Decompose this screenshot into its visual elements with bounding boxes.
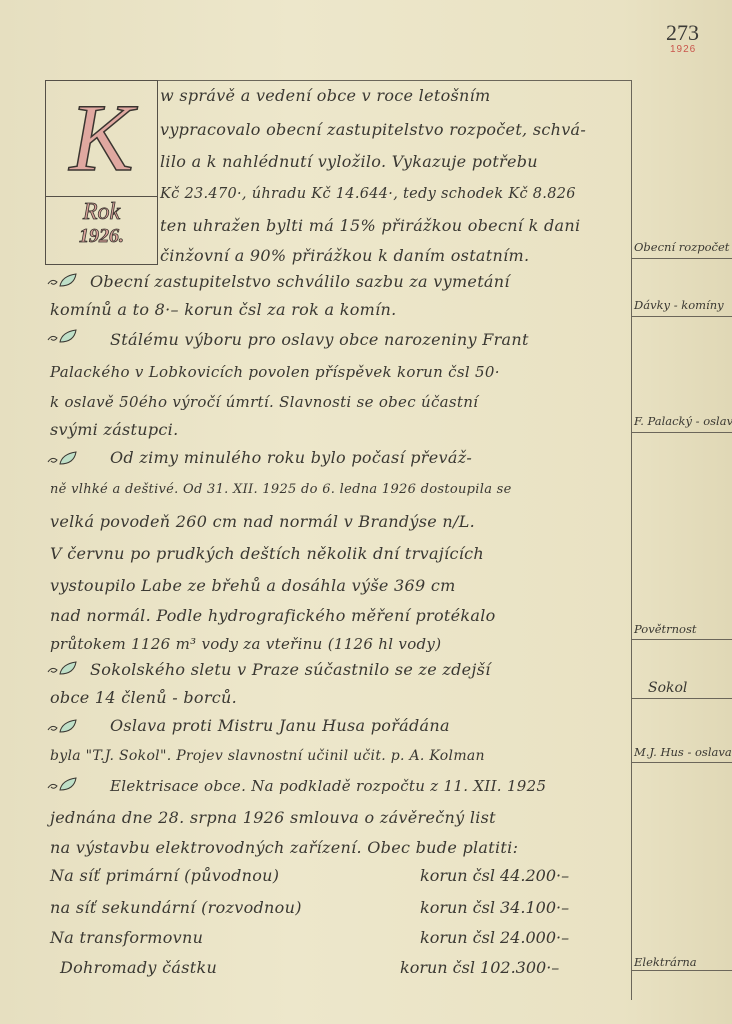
text-line: obce 14 členů - borců. bbox=[50, 688, 237, 708]
text-line: Obecní zastupitelstvo schválilo sazbu za… bbox=[90, 272, 510, 292]
text-line: průtokem 1126 m³ vody za vteřinu (1126 h… bbox=[50, 634, 441, 654]
margin-note-hus: M.J. Hus - oslava bbox=[634, 745, 732, 759]
margin-rule bbox=[632, 258, 732, 259]
year-label: Rok bbox=[46, 199, 157, 225]
margin-rule bbox=[632, 432, 732, 433]
leaf-ornament-icon bbox=[46, 450, 80, 470]
text-line: k oslavě 50ého výročí úmrtí. Slavnosti s… bbox=[50, 392, 478, 412]
margin-note-chimneys: Dávky - komíny bbox=[634, 298, 732, 312]
text-line: na výstavbu elektrovodných zařízení. Obe… bbox=[50, 838, 518, 858]
text-line: Od zimy minulého roku bylo počasí převáž… bbox=[110, 448, 472, 468]
text-line: činžovní a 90% přirážkou k daním ostatní… bbox=[160, 246, 529, 266]
text-line: ten uhražen bylti má 15% přirážkou obecn… bbox=[160, 216, 580, 236]
text-line: komínů a to 8·– korun čsl za rok a komín… bbox=[50, 300, 397, 320]
text-line: vypracovalo obecní zastupitelstvo rozpoč… bbox=[160, 120, 586, 140]
margin-note-weather: Povětrnost bbox=[634, 622, 732, 636]
margin-note-electricity: Elektrárna bbox=[634, 955, 732, 969]
text-line: Sokolského sletu v Praze súčastnilo se z… bbox=[90, 660, 491, 680]
decorated-initial: K bbox=[46, 83, 157, 193]
text-line: Elektrisace obce. Na podkladě rozpočtu z… bbox=[110, 776, 546, 796]
initial-box: K Rok 1926. bbox=[45, 80, 158, 265]
margin-rule bbox=[632, 762, 732, 763]
leaf-ornament-icon bbox=[46, 718, 80, 738]
leaf-ornament-icon bbox=[46, 328, 80, 348]
margin-note-budget: Obecní rozpočet bbox=[634, 240, 732, 254]
text-line: Stálému výboru pro oslavy obce narozenin… bbox=[110, 330, 529, 350]
text-line: Na síť primární (původnou) bbox=[50, 866, 279, 886]
margin-rule-vertical bbox=[631, 80, 632, 1000]
margin-rule bbox=[632, 639, 732, 640]
text-line: w správě a vedení obce v roce letošním bbox=[160, 86, 491, 106]
text-line: Oslava proti Mistru Janu Husa pořádána bbox=[110, 716, 450, 736]
leaf-ornament-icon bbox=[46, 776, 80, 796]
text-line: velká povodeň 260 cm nad normál v Brandý… bbox=[50, 512, 475, 532]
margin-rule bbox=[632, 970, 732, 971]
year-value: 1926. bbox=[46, 225, 157, 247]
amount-secondary-network: korun čsl 34.100·– bbox=[420, 898, 569, 917]
margin-rule bbox=[632, 316, 732, 317]
leaf-ornament-icon bbox=[46, 272, 80, 292]
initial-box-divider bbox=[46, 196, 157, 197]
text-line: byla "T.J. Sokol". Projev slavnostní uči… bbox=[50, 746, 485, 766]
text-line: V červnu po prudkých deštích několik dní… bbox=[50, 544, 484, 564]
page-year-stamp: 1926 bbox=[670, 44, 696, 55]
text-line: lilo a k nahlédnutí vyložilo. Vykazuje p… bbox=[160, 152, 538, 172]
text-line: nad normál. Podle hydrografického měření… bbox=[50, 606, 496, 626]
margin-note-palacky: F. Palacký - oslavy bbox=[634, 414, 732, 428]
amount-total: korun čsl 102.300·– bbox=[400, 958, 559, 977]
margin-note-sokol: Sokol bbox=[648, 680, 732, 696]
text-line: vystoupilo Labe ze břehů a dosáhla výše … bbox=[50, 576, 456, 596]
amount-transformer: korun čsl 24.000·– bbox=[420, 928, 569, 947]
text-line: Dohromady částku bbox=[60, 958, 217, 978]
text-line: Palackého v Lobkovicích povolen příspěve… bbox=[50, 362, 500, 382]
text-line: svými zástupci. bbox=[50, 420, 178, 440]
text-line: ně vlhké a deštivé. Od 31. XII. 1925 do … bbox=[50, 480, 512, 500]
leaf-ornament-icon bbox=[46, 660, 80, 680]
text-line: na síť sekundární (rozvodnou) bbox=[50, 898, 302, 918]
page-number: 273 bbox=[666, 20, 699, 46]
amount-primary-network: korun čsl 44.200·– bbox=[420, 866, 569, 885]
text-line: jednána dne 28. srpna 1926 smlouva o záv… bbox=[50, 808, 496, 828]
text-line: Kč 23.470·, úhradu Kč 14.644·, tedy scho… bbox=[160, 184, 576, 204]
chronicle-page: 273 1926 K Rok 1926. w správě a vedení o… bbox=[0, 0, 732, 1024]
margin-rule bbox=[632, 698, 732, 699]
text-line: Na transformovnu bbox=[50, 928, 203, 948]
